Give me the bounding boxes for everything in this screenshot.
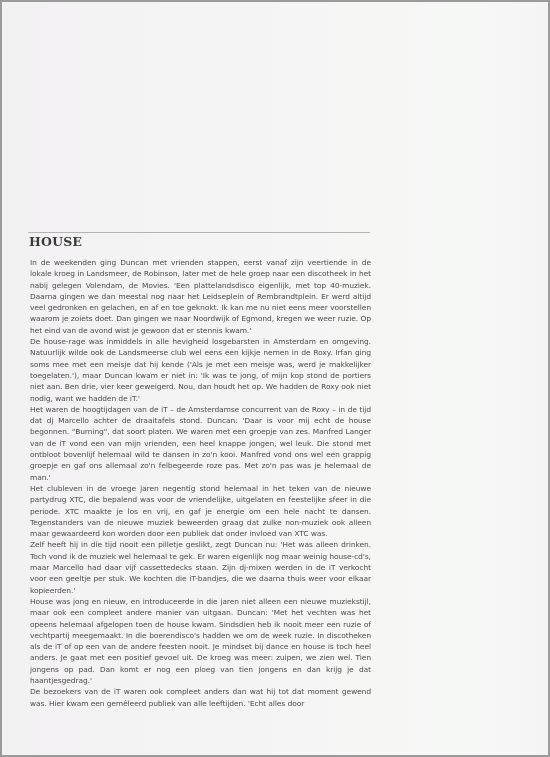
section-heading: HOUSE [29, 234, 82, 249]
paragraph: In de weekenden ging Duncan met vrienden… [30, 257, 371, 336]
paragraph: Het clubleven in de vroege jaren negenti… [30, 483, 371, 539]
body-text: In de weekenden ging Duncan met vrienden… [30, 257, 371, 709]
paragraph: House was jong en nieuw, en introduceerd… [30, 596, 371, 686]
section-divider [28, 232, 370, 233]
paragraph: De bezoekers van de iT waren ook complee… [30, 686, 371, 709]
paragraph: Het waren de hoogtijdagen van de iT – de… [30, 404, 371, 483]
paragraph: Zelf heeft hij in die tijd nooit een pil… [30, 539, 371, 595]
paragraph: De house-rage was inmiddels in alle hevi… [30, 336, 371, 404]
book-page: HOUSE In de weekenden ging Duncan met vr… [2, 2, 548, 755]
